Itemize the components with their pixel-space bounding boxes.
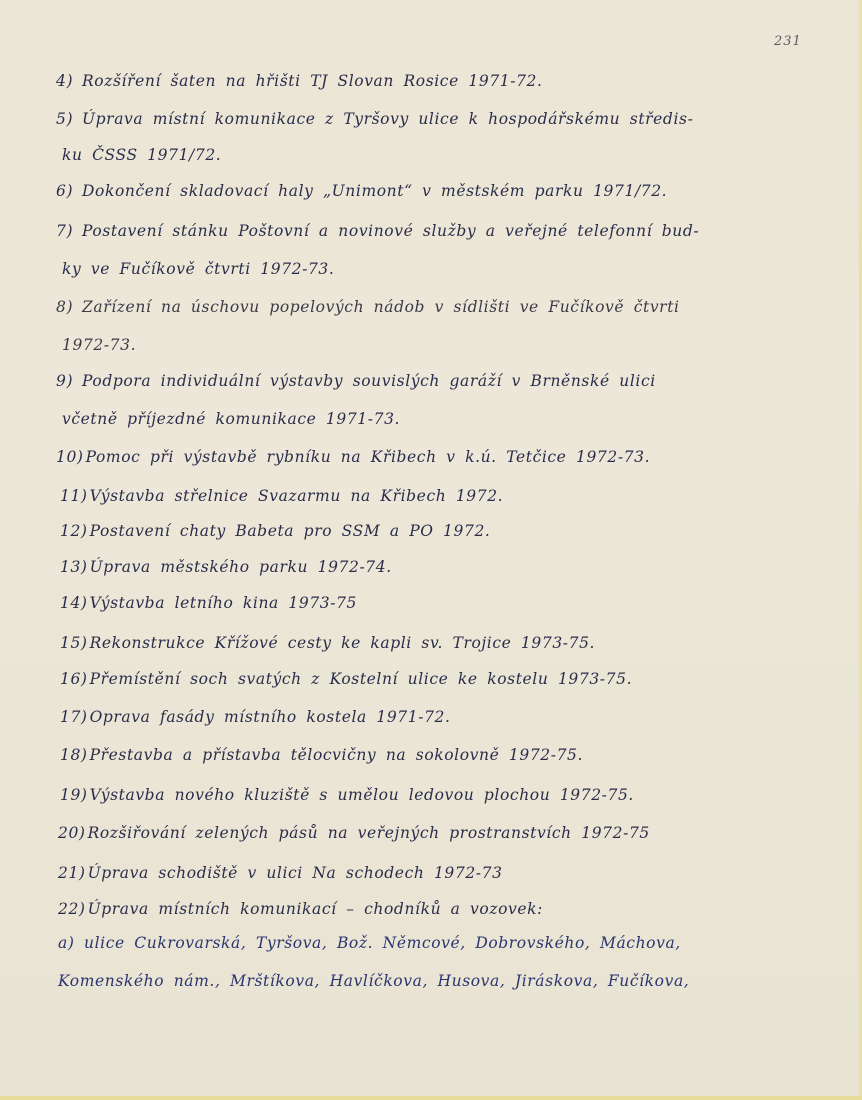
item-text: Rozšíření šaten na hřišti TJ Slovan Rosi… — [82, 72, 543, 90]
list-item-22a: a)ulice Cukrovarská, Tyršova, Bož. Němco… — [58, 934, 681, 952]
item-text: Postavení stánku Poštovní a novinové slu… — [82, 222, 699, 240]
item-text: ku ČSSS 1971/72. — [62, 146, 221, 164]
item-text: Podpora individuální výstavby souvislých… — [82, 372, 656, 390]
list-item-22: 22)Úprava místních komunikací – chodníků… — [58, 900, 543, 918]
item-number: 15) — [60, 634, 88, 652]
page-number: 231 — [774, 34, 802, 49]
item-number: 13) — [60, 558, 88, 576]
item-number: 18) — [60, 746, 88, 764]
item-number: 6) — [56, 182, 80, 200]
item-text: Pomoc při výstavbě rybníku na Křibech v … — [86, 448, 651, 466]
item-text: ulice Cukrovarská, Tyršova, Bož. Němcové… — [84, 934, 681, 952]
item-text: Úprava místních komunikací – chodníků a … — [88, 900, 543, 918]
list-item-13: 13)Úprava městského parku 1972-74. — [60, 558, 392, 576]
item-number: 12) — [60, 522, 88, 540]
list-item-14: 14)Výstavba letního kina 1973-75 — [60, 594, 357, 612]
list-item-9-continuation: včetně příjezdné komunikace 1971-73. — [62, 410, 400, 428]
list-item-4: 4)Rozšíření šaten na hřišti TJ Slovan Ro… — [56, 72, 543, 90]
list-item-18: 18)Přestavba a přístavba tělocvičny na s… — [60, 746, 583, 764]
list-item-16: 16)Přemístění soch svatých z Kostelní ul… — [60, 670, 632, 688]
item-number: 8) — [56, 298, 80, 316]
item-number: 9) — [56, 372, 80, 390]
list-item-17: 17)Oprava fasády místního kostela 1971-7… — [60, 708, 451, 726]
item-text: Komenského nám., Mrštíkova, Havlíčkova, … — [58, 972, 689, 990]
item-number: 21) — [58, 864, 86, 882]
item-text: Postavení chaty Babeta pro SSM a PO 1972… — [90, 522, 491, 540]
item-text: 1972-73. — [62, 336, 136, 354]
item-number: 14) — [60, 594, 88, 612]
list-item-7-continuation: ky ve Fučíkově čtvrti 1972-73. — [62, 260, 334, 278]
item-text: Výstavba nového kluziště s umělou ledovo… — [90, 786, 634, 804]
list-item-9: 9)Podpora individuální výstavby souvislý… — [56, 372, 656, 390]
item-number: 11) — [60, 487, 88, 505]
list-item-21: 21)Úprava schodiště v ulici Na schodech … — [58, 864, 503, 882]
chronicle-page: 231 4)Rozšíření šaten na hřišti TJ Slova… — [0, 0, 862, 1100]
item-text: Úprava místní komunikace z Tyršovy ulice… — [82, 110, 693, 128]
item-text: Úprava schodiště v ulici Na schodech 197… — [88, 864, 503, 882]
item-number: 19) — [60, 786, 88, 804]
item-number: 22) — [58, 900, 86, 918]
list-item-10: 10)Pomoc při výstavbě rybníku na Křibech… — [56, 448, 650, 466]
list-item-19: 19)Výstavba nového kluziště s umělou led… — [60, 786, 634, 804]
item-text: ky ve Fučíkově čtvrti 1972-73. — [62, 260, 334, 278]
item-number: 7) — [56, 222, 80, 240]
item-number: 4) — [56, 72, 80, 90]
item-text: Dokončení skladovací haly „Unimont“ v mě… — [82, 182, 667, 200]
list-item-20: 20)Rozšiřování zelených pásů na veřejnýc… — [58, 824, 650, 842]
item-number: 17) — [60, 708, 88, 726]
list-item-5-continuation: ku ČSSS 1971/72. — [62, 146, 221, 164]
item-number: 20) — [58, 824, 86, 842]
list-item-7: 7)Postavení stánku Poštovní a novinové s… — [56, 222, 699, 240]
list-item-8: 8)Zařízení na úschovu popelových nádob v… — [56, 298, 680, 316]
item-number: 10) — [56, 448, 84, 466]
list-item-15: 15)Rekonstrukce Křížové cesty ke kapli s… — [60, 634, 595, 652]
list-item-8-continuation: 1972-73. — [62, 336, 136, 354]
list-item-5: 5)Úprava místní komunikace z Tyršovy uli… — [56, 110, 693, 128]
item-number: 16) — [60, 670, 88, 688]
item-text: Úprava městského parku 1972-74. — [90, 558, 392, 576]
item-text: Přemístění soch svatých z Kostelní ulice… — [90, 670, 633, 688]
item-text: včetně příjezdné komunikace 1971-73. — [62, 410, 400, 428]
list-item-11: 11)Výstavba střelnice Svazarmu na Křibec… — [60, 487, 503, 505]
item-text: Výstavba letního kina 1973-75 — [90, 594, 357, 612]
item-number: 5) — [56, 110, 80, 128]
list-item-6: 6)Dokončení skladovací haly „Unimont“ v … — [56, 182, 667, 200]
item-text: Rozšiřování zelených pásů na veřejných p… — [88, 824, 650, 842]
item-number: a) — [58, 934, 82, 952]
item-text: Rekonstrukce Křížové cesty ke kapli sv. … — [90, 634, 596, 652]
item-text: Přestavba a přístavba tělocvičny na soko… — [90, 746, 583, 764]
item-text: Zařízení na úschovu popelových nádob v s… — [82, 298, 680, 316]
list-item-12: 12)Postavení chaty Babeta pro SSM a PO 1… — [60, 522, 490, 540]
item-text: Výstavba střelnice Svazarmu na Křibech 1… — [90, 487, 504, 505]
item-text: Oprava fasády místního kostela 1971-72. — [90, 708, 451, 726]
list-item-22a-continuation: Komenského nám., Mrštíkova, Havlíčkova, … — [58, 972, 689, 990]
